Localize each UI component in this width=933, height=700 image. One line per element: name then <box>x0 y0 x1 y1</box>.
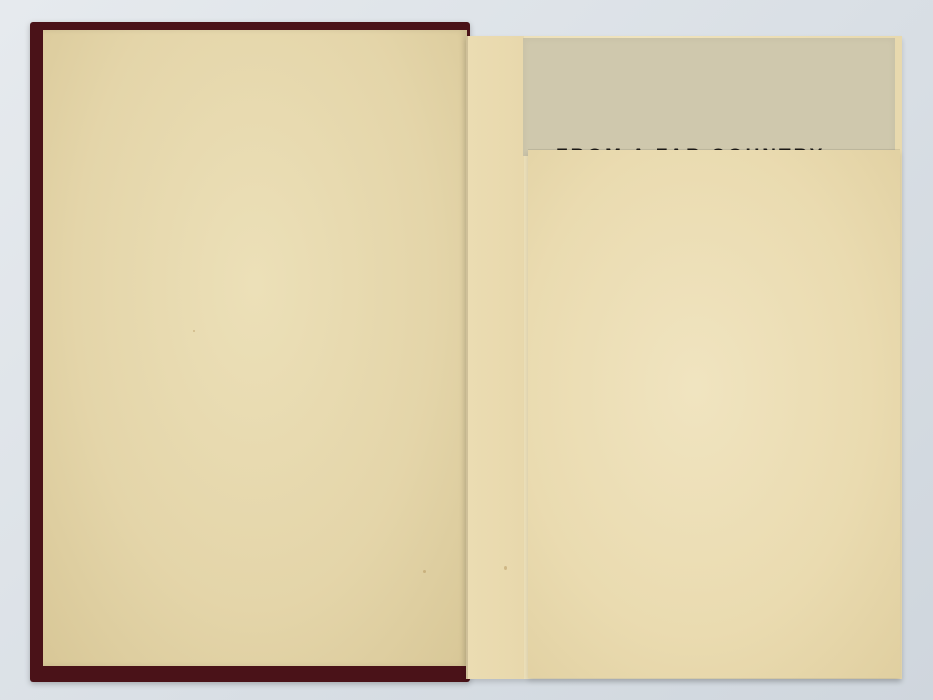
foxing-spot <box>504 566 507 570</box>
left-endpaper <box>43 30 467 666</box>
inserted-sheet[interactable] <box>523 38 895 156</box>
gutter-line <box>466 36 468 679</box>
foxing-spot <box>193 330 195 332</box>
hinge-strip <box>468 36 524 679</box>
foxing-spot <box>423 570 426 573</box>
endpaper-pocket <box>528 150 900 678</box>
